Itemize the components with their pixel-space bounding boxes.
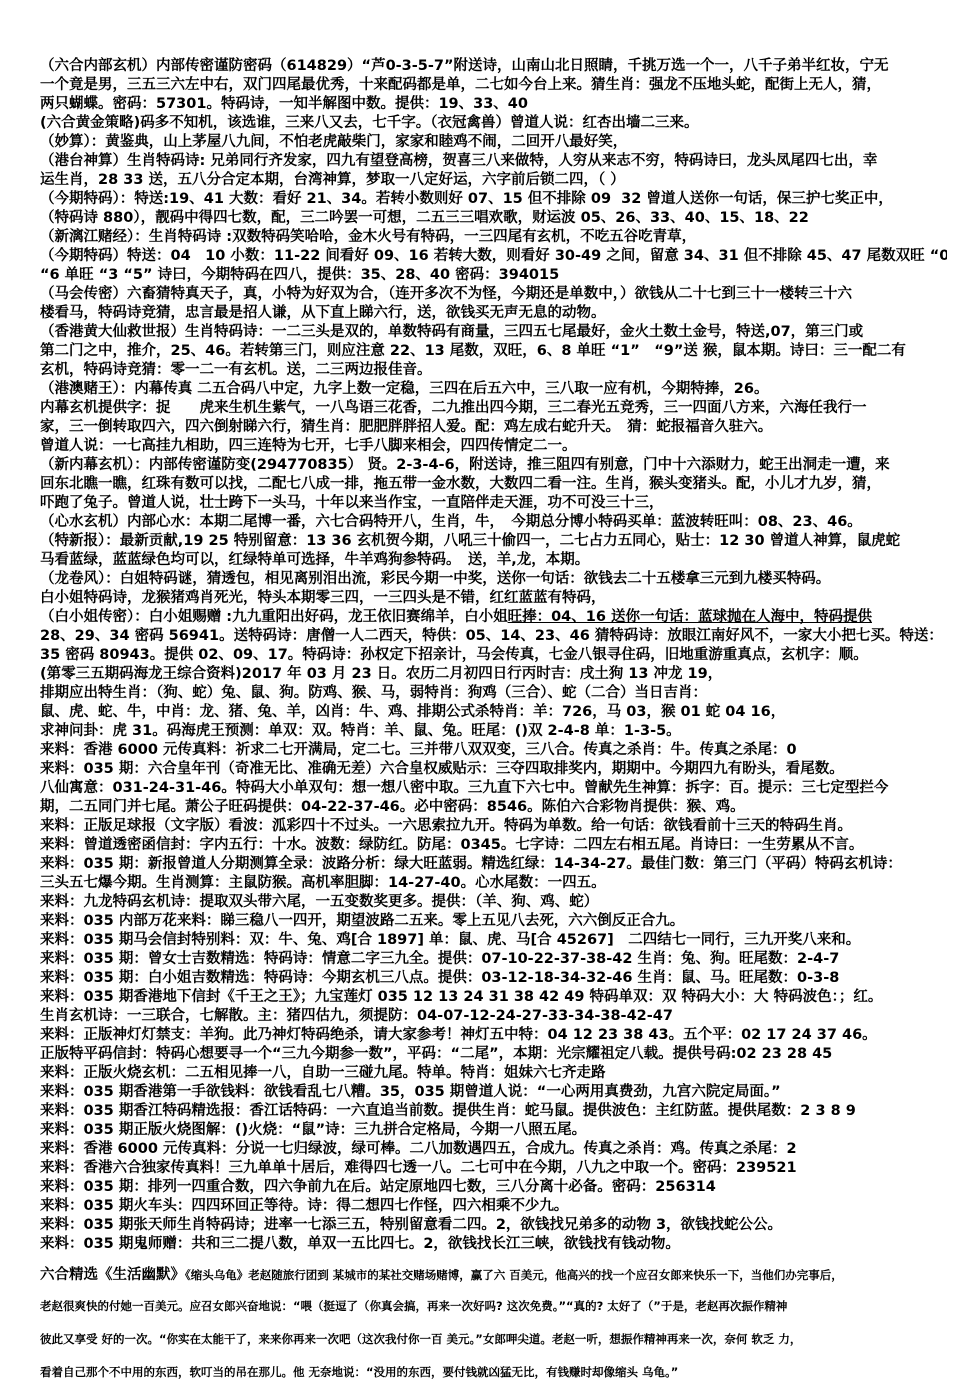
text-line: 家，三一倒转取四六，四六倒射睇六行，猜生肖：肥肥胖胖招人爱。配：鸡左成右蛇升天。…	[40, 418, 947, 437]
text-segment: （港台神算）生肖特码诗: 兄弟同行齐发家，四九有望登高榜，贺喜三八来做特，人穷从…	[40, 153, 877, 169]
text-segment: 来料：035 期鬼师赠：共和三二提八数，单双一五比四七。2，欲钱找长江三峡，欲钱…	[40, 1236, 680, 1252]
text-line: 来料：正版火烧玄机：二五相见捧一八，自助一三碰九尾。特单。特肖：姐妹六七齐走路	[40, 1064, 947, 1083]
text-segment: 来料：香港六合独家传真料！三九单单十居后，难得四七透一八。二七可中在今期，八九之…	[40, 1160, 797, 1176]
text-segment: 内幕玄机提供字：捉 虎来生机生紫气，一八鸟语三花香，二九推出四今期，三二春光五竞…	[40, 400, 867, 416]
text-segment: 来料：曾道透密函信封：字内五行：十水。波数：绿防红。防尾：0345。七字诗：二四…	[40, 837, 863, 853]
text-line: （今期特码）特送：04 10 小数：11-22 间看好 09、16 若转大数，则…	[40, 247, 947, 266]
text-segment: 六合精选《生活幽默》	[40, 1267, 185, 1283]
text-line: 生肖玄机诗：一三联合，七解散。主：猪四估九，须提防：04-07-12-24-27…	[40, 1007, 947, 1026]
text-segment: 来料：正版火烧玄机：二五相见捧一八，自助一三碰九尾。特单。特肖：姐妹六七齐走路	[40, 1065, 606, 1081]
text-segment: 排期应出特生肖：（狗、蛇）兔、鼠、狗。防鸡、猴、马，弱特肖：狗鸡（三合）、蛇（二…	[40, 685, 707, 701]
text-line: 第二门之中，推介，25、46。若转第三门，则应注意 22、13 尾数，双旺，6、…	[40, 342, 947, 361]
text-segment: 来料：九龙特码玄机诗：提取双头带六尾，一五变数奖更多。提供：（羊、狗、鸡、蛇）	[40, 894, 598, 910]
text-line: 楼看马，特码诗竞猜，忠言最是招人谦，从下直上睇六行，送，欲钱买无声无息的动物。	[40, 304, 947, 323]
text-line: （特新报）：最新贡献,19 25 特别留意：13 36 玄机贺今期，八吼三十偷四…	[40, 532, 947, 551]
text-segment: 回东北瞧一瞧，红珠有数可以找，二配七八成一排，拖五带一金水数，大数四二看一注。生…	[40, 476, 881, 492]
text-segment: 曾道人说：一七高挂九相助，四三连特为七开，七手八脚来相会，四四传情定二一。	[40, 438, 577, 454]
text-segment: （新内幕玄机）：内部传密谨防变(294770835） 贤。2-3-4-6，附送诗…	[40, 457, 890, 473]
text-line: 来料：035 期香港第一手欲钱料：欲钱看乱七八糟。35，035 期曾道人说：“一…	[40, 1083, 947, 1102]
text-segment: 来料：035 期张天师生肖特码诗；进率一七添三五，特别留意看二四。2，欲钱找兄弟…	[40, 1217, 782, 1233]
text-segment: 来料：035 期：白小姐吉数精选：特码诗：今期玄机三八点。提供：03-12-18…	[40, 970, 839, 986]
text-line: 内幕玄机提供字：捉 虎来生机生紫气，一八鸟语三花香，二九推出四今期，三二春光五竞…	[40, 399, 947, 418]
text-line: （龙卷风）：白姐特码谜，猜透包，相见离别泪出流，彩民今期一中奖，送你一句话：欲钱…	[40, 570, 947, 589]
text-line: （新漓江赌经）：生肖特码诗 :双数特码笑哈哈，金木火号有特码，一三四尾有玄机，不…	[40, 228, 947, 247]
text-line: 来料：正版神灯灯禁支：羊狗。此乃神灯特码绝杀，请大家参考！神灯五中特：04 12…	[40, 1026, 947, 1045]
text-line: （心水玄机）内部心水：本期二尾博一番，六七合码特开八，生肖，牛， 今期总分博小特…	[40, 513, 947, 532]
text-segment: “6 单旺 “3 “5” 诗曰，今期特码在四八，提供：35、28、40 密码：3…	[40, 267, 559, 283]
text-line: 一个竟是男，三五三六左中右，双门四尾最优秀，十来配码都是单，二七如今台上来。猜生…	[40, 76, 947, 95]
text-segment: 来料：香港 6000 元传真料：祈求二七开满局，定二七。三并带八双双变，三八合。…	[40, 742, 797, 758]
text-segment: （马会传密）六畜猜特真天子，真，小特为好双为合，（连开多次不为怪，今期还是单数中…	[40, 286, 852, 302]
text-line: 来料：035 期：新报曾道人分期测算全录：波路分析：绿大旺蓝弱。精选红绿：14-…	[40, 855, 947, 874]
text-segment: 一个竟是男，三五三六左中右，双门四尾最优秀，十来配码都是单，二七如今台上来。猜生…	[40, 77, 881, 93]
text-line: 正版特平码信封：特码心想要寻一个“三九今期参一数”，平码：“二尾”，本期：光宗耀…	[40, 1045, 947, 1064]
text-segment: （今期特码）特送：04 10 小数：11-22 间看好 09、16 若转大数，则…	[40, 248, 947, 264]
text-line: （白小姐传密）：白小姐赐赠 :九九重阳出好码，龙王依旧赛绵羊，白小姐旺捧：04、…	[40, 608, 947, 627]
text-line: 35 密码 80943。提供 02、09、17。特码诗：孙权定下招亲计，马会传真…	[40, 646, 947, 665]
text-line: 求神问卦：虎 31。码海虎王预测：单双：双。特肖：羊、鼠、兔。旺尾：()双 2-…	[40, 722, 947, 741]
text-segment: 来料：香港 6000 元传真料：分说一七归绿波，绿可棒。二八加数遇四五，合成九。…	[40, 1141, 797, 1157]
text-line: 来料：035 期火车头：四四环回正等待。诗：得二想四七作怪，四六相乘不少九。	[40, 1197, 947, 1216]
text-segment: 来料：正版足球报（文字版）看波：泒彩四十不过头。一六思索拉九开。特码为单数。给一…	[40, 818, 852, 834]
text-line: 看着自己那个不中用的东西，软叮当的吊在那儿。他 无奈地说：“没用的东西，要付钱就…	[40, 1356, 947, 1388]
text-line: 两只蝴蝶。密码：57301。特码诗，一知半解图中数。提供：19、33、40	[40, 95, 947, 114]
text-line: （六合内部玄机）内部传密谨防密码（614829）“芦0-3-5-7”附送诗，山南…	[40, 57, 947, 76]
text-segment: 八仙寓意：031-24-31-46。特码大小单双句：想一想八密中取。三九直下六七…	[40, 780, 888, 796]
text-segment: 期，二五同门并七尾。萧公子旺码提供：04-22-37-46。必中密码：8546。…	[40, 799, 745, 815]
text-segment: 马看蓝绿，蓝蓝绿色均可以，红绿特单可选择，牛羊鸡狗参特码。 送，羊,龙，本期。	[40, 552, 589, 568]
text-line: （香港黄大仙救世报）生肖特码诗：一二三头是双的，单数特码有商量，三四五七尾最好，…	[40, 323, 947, 342]
text-segment: （香港黄大仙救世报）生肖特码诗：一二三头是双的，单数特码有商量，三四五七尾最好，…	[40, 324, 863, 340]
text-segment: 来料：035 内部万花来料：睇三稳八一四开，期望波路二五来。零上五见八去死，六六…	[40, 913, 684, 929]
text-segment: 来料：035 期马会信封特别料：双：牛、兔、鸡[合 1897] 单：鼠、虎、马[…	[40, 932, 860, 948]
text-line: “6 单旺 “3 “5” 诗曰，今期特码在四八，提供：35、28、40 密码：3…	[40, 266, 947, 285]
text-line: 来料：九龙特码玄机诗：提取双头带六尾，一五变数奖更多。提供：（羊、狗、鸡、蛇）	[40, 893, 947, 912]
text-segment: 来料：正版神灯灯禁支：羊狗。此乃神灯特码绝杀，请大家参考！神灯五中特：04 12…	[40, 1027, 877, 1043]
text-line: 来料：香港 6000 元传真料：祈求二七开满局，定二七。三并带八双双变，三八合。…	[40, 741, 947, 760]
text-line: （今期特码）：特送:19、41 大数：看好 21、34。若转小数则好 07、15…	[40, 190, 947, 209]
text-segment: （龙卷风）：白姐特码谜，猜透包，相见离别泪出流，彩民今期一中奖，送你一句话：欲钱…	[40, 571, 830, 587]
text-line: 回东北瞧一瞧，红珠有数可以找，二配七八成一排，拖五带一金水数，大数四二看一注。生…	[40, 475, 947, 494]
text-line: 八仙寓意：031-24-31-46。特码大小单双句：想一想八密中取。三九直下六七…	[40, 779, 947, 798]
text-line: 来料：035 内部万花来料：睇三稳八一四开，期望波路二五来。零上五见八去死，六六…	[40, 912, 947, 931]
text-segment: 旺捧：04、16 送你一句话：蓝球抛在人海中，特码提供	[508, 609, 872, 625]
text-segment: （特新报）：最新贡献,19 25 特别留意：13 36 玄机贺今期，八吼三十偷四…	[40, 533, 900, 549]
text-line: （港台神算）生肖特码诗: 兄弟同行齐发家，四九有望登高榜，贺喜三八来做特，人穷从…	[40, 152, 947, 171]
text-line: 彼此又享受 好的一次。“你实在太能干了，来来你再来一次吧（这次我付你一百 美元。…	[40, 1323, 947, 1356]
text-line: 期，二五同门并七尾。萧公子旺码提供：04-22-37-46。必中密码：8546。…	[40, 798, 947, 817]
text-segment: 来料：035 期：曾女士吉数精选：特码诗：情意二字三九全。提供：07-10-22…	[40, 951, 839, 967]
text-segment: 35 密码 80943。提供 02、09、17。特码诗：孙权定下招亲计，马会传真…	[40, 647, 868, 663]
text-segment: （特码诗 880），靓码中得四七数，配，三二吟罢一可想，二五三三唱欢歌，财运波 …	[40, 210, 809, 226]
document-body: （六合内部玄机）内部传密谨防密码（614829）“芦0-3-5-7”附送诗，山南…	[0, 0, 967, 1388]
text-line: 玄机，特码诗竞猜：零一二一有玄机。送，二三两边报佳音。	[40, 361, 947, 380]
text-segment: 来料：035 期：排列一四重合数，四六争前九在后。站定原地四七数，三八分离十必备…	[40, 1179, 716, 1195]
text-line: 排期应出特生肖：（狗、蛇）兔、鼠、狗。防鸡、猴、马，弱特肖：狗鸡（三合）、蛇（二…	[40, 684, 947, 703]
text-segment: 玄机，特码诗竞猜：零一二一有玄机。送，二三两边报佳音。	[40, 362, 432, 378]
text-segment: （新漓江赌经）：生肖特码诗 :双数特码笑哈哈，金木火号有特码，一三四尾有玄机，不…	[40, 229, 696, 245]
text-line: 来料：035 期：白小姐吉数精选：特码诗：今期玄机三八点。提供：03-12-18…	[40, 969, 947, 988]
text-segment: 来料：035 期香港第一手欲钱料：欲钱看乱七八糟。35，035 期曾道人说：“一…	[40, 1084, 781, 1100]
text-line: 白小姐特码诗，龙猴猪鸡肖死光，特头本期零三四，一三四头是不错，红红蓝蓝有特码，	[40, 589, 947, 608]
text-segment: (第零三五期码海龙王综合资料)2017 年 03 月 23 日。农历二月初四日行…	[40, 666, 722, 682]
text-segment: 来料：035 期：六合皇年刊（奇准无比、准确无差）六合皇权威贴示：三夺四取排奖内…	[40, 761, 844, 777]
text-line: 来料：香港六合独家传真料！三九单单十居后，难得四七透一八。二七可中在今期，八九之…	[40, 1159, 947, 1178]
text-line: 来料：035 期香江特码精选报：香江话特码：一六直追当前数。提供生肖：蛇马鼠。提…	[40, 1102, 947, 1121]
text-segment: （六合内部玄机）内部传密谨防密码（614829）“芦0-3-5-7”附送诗，山南…	[40, 58, 889, 74]
text-line: （港澳赌王）：内幕传真 二五合码八中定，九字上数一定稳，三四在后五六中，三八取一…	[40, 380, 947, 399]
text-line: 运生肖，28 33 送，五八分合定本期，台湾神算，梦取一八定好运，六字前后锁二四…	[40, 171, 947, 190]
text-segment: 生肖玄机诗：一三联合，七解散。主：猪四估九，须提防：04-07-12-24-27…	[40, 1008, 673, 1024]
text-segment: 第二门之中，推介，25、46。若转第三门，则应注意 22、13 尾数，双旺，6、…	[40, 343, 906, 359]
text-segment: 彼此又享受 好的一次。“你实在太能干了，来来你再来一次吧（这次我付你一百 美元。…	[40, 1332, 801, 1346]
text-segment: （港澳赌王）：内幕传真 二五合码八中定，九字上数一定稳，三四在后五六中，三八取一…	[40, 381, 768, 397]
text-segment: 来料：035 期正版火烧图解：()火烧：“鼠”诗：三九拼合定格局，今期一八照五尾…	[40, 1122, 586, 1138]
text-line: 来料：035 期正版火烧图解：()火烧：“鼠”诗：三九拼合定格局，今期一八照五尾…	[40, 1121, 947, 1140]
text-segment: 28、29、34 密码 56941。送特码诗：唐僧一人二西天，特供：05、14、…	[40, 628, 943, 644]
text-line: 曾道人说：一七高挂九相助，四三连特为七开，七手八脚来相会，四四传情定二一。	[40, 437, 947, 456]
text-line: 来料：035 期：排列一四重合数，四六争前九在后。站定原地四七数，三八分离十必备…	[40, 1178, 947, 1197]
text-line: 来料：香港 6000 元传真料：分说一七归绿波，绿可棒。二八加数遇四五，合成九。…	[40, 1140, 947, 1159]
text-segment: （今期特码）：特送:19、41 大数：看好 21、34。若转小数则好 07、15…	[40, 191, 893, 207]
text-segment: 白小姐特码诗，龙猴猪鸡肖死光，特头本期零三四，一三四头是不错，红红蓝蓝有特码，	[40, 590, 606, 606]
text-line: 来料：035 期：曾女士吉数精选：特码诗：情意二字三九全。提供：07-10-22…	[40, 950, 947, 969]
text-segment: 楼看马，特码诗竞猜，忠言最是招人谦，从下直上睇六行，送，欲钱买无声无息的动物。	[40, 305, 606, 321]
text-segment: 运生肖，28 33 送，五八分合定本期，台湾神算，梦取一八定好运，六字前后锁二四…	[40, 172, 625, 188]
text-segment: 看着自己那个不中用的东西，软叮当的吊在那儿。他 无奈地说：“没用的东西，要付钱就…	[40, 1365, 678, 1379]
text-line: 六合精选《生活幽默》《缩头乌龟》老赵随旅行团到 某城市的某社交赌场赌博，赢了六 …	[40, 1254, 947, 1290]
text-line: 来料：035 期张天师生肖特码诗；进率一七添三五，特别留意看二四。2，欲钱找兄弟…	[40, 1216, 947, 1235]
text-segment: （妙算）：黄鉴典，山上茅屋八九间，不怕老虎敲柴门，家家和睦鸡不闹，二回开八最好笑…	[40, 134, 627, 150]
text-line: 来料：曾道透密函信封：字内五行：十水。波数：绿防红。防尾：0345。七字诗：二四…	[40, 836, 947, 855]
text-segment: 老赵很爽快的付她一百美元。应召女郎兴奋地说：“喂（挺逗了（你真会搞，再来一次好吗…	[40, 1299, 787, 1313]
text-segment: 正版特平码信封：特码心想要寻一个“三九今期参一数”，平码：“二尾”，本期：光宗耀…	[40, 1046, 832, 1062]
text-line: 马看蓝绿，蓝蓝绿色均可以，红绿特单可选择，牛羊鸡狗参特码。 送，羊,龙，本期。	[40, 551, 947, 570]
text-segment: 两只蝴蝶。密码：57301。特码诗，一知半解图中数。提供：19、33、40	[40, 96, 528, 112]
text-segment: 家，三一倒转取四六，四六倒射睇六行，猜生肖：肥肥胖胖招人爱。配：鸡左成右蛇升天。…	[40, 419, 772, 435]
text-segment: 吓跑了兔子。曾道人说，壮士跨下一头马，十年以来当作宝，一直陪伴走天涯，功不可没三…	[40, 495, 664, 511]
text-line: 28、29、34 密码 56941。送特码诗：唐僧一人二西天，特供：05、14、…	[40, 627, 947, 646]
text-line: 鼠、虎、蛇、牛，中肖：龙、猪、兔、羊，凶肖：牛、鸡、排期公式杀特肖：羊：726，…	[40, 703, 947, 722]
text-segment: （白小姐传密）：白小姐赐赠 :九九重阳出好码，龙王依旧赛绵羊，白小姐	[40, 609, 508, 625]
text-line: （新内幕玄机）：内部传密谨防变(294770835） 贤。2-3-4-6，附送诗…	[40, 456, 947, 475]
text-segment: (六合黄金策略)码多不知机，该选谁，三来八又去，七千字。（衣冠禽兽）曾道人说：红…	[40, 115, 699, 131]
text-segment: 鼠、虎、蛇、牛，中肖：龙、猪、兔、羊，凶肖：牛、鸡、排期公式杀特肖：羊：726，…	[40, 704, 785, 720]
text-line: (六合黄金策略)码多不知机，该选谁，三来八又去，七千字。（衣冠禽兽）曾道人说：红…	[40, 114, 947, 133]
text-line: 吓跑了兔子。曾道人说，壮士跨下一头马，十年以来当作宝，一直陪伴走天涯，功不可没三…	[40, 494, 947, 513]
text-line: 老赵很爽快的付她一百美元。应召女郎兴奋地说：“喂（挺逗了（你真会搞，再来一次好吗…	[40, 1290, 947, 1323]
text-segment: 来料：035 期香江特码精选报：香江话特码：一六直追当前数。提供生肖：蛇马鼠。提…	[40, 1103, 856, 1119]
text-line: 来料：035 期鬼师赠：共和三二提八数，单双一五比四七。2，欲钱找长江三峡，欲钱…	[40, 1235, 947, 1254]
text-line: （特码诗 880），靓码中得四七数，配，三二吟罢一可想，二五三三唱欢歌，财运波 …	[40, 209, 947, 228]
text-segment: 《缩头乌龟》老赵随旅行团到 某城市的某社交赌场赌博，赢了六 百美元，他高兴的找一…	[185, 1268, 843, 1282]
page: （六合内部玄机）内部传密谨防密码（614829）“芦0-3-5-7”附送诗，山南…	[0, 0, 967, 1388]
text-line: （马会传密）六畜猜特真天子，真，小特为好双为合，（连开多次不为怪，今期还是单数中…	[40, 285, 947, 304]
text-segment: 三头五七爆今期。生肖测算：主鼠防猴。高机率胆脚：14-27-40。心水尾数：一四…	[40, 875, 606, 891]
text-line: 来料：正版足球报（文字版）看波：泒彩四十不过头。一六思索拉九开。特码为单数。给一…	[40, 817, 947, 836]
text-line: 来料：035 期香港地下信封《千王之王》；九宝莲灯 035 12 13 24 3…	[40, 988, 947, 1007]
text-segment: （心水玄机）内部心水：本期二尾博一番，六七合码特开八，生肖，牛， 今期总分博小特…	[40, 514, 862, 530]
text-segment: 来料：035 期：新报曾道人分期测算全录：波路分析：绿大旺蓝弱。精选红绿：14-…	[40, 856, 902, 872]
text-segment: 来料：035 期火车头：四四环回正等待。诗：得二想四七作怪，四六相乘不少九。	[40, 1198, 568, 1214]
text-line: 来料：035 期：六合皇年刊（奇准无比、准确无差）六合皇权威贴示：三夺四取排奖内…	[40, 760, 947, 779]
text-line: （妙算）：黄鉴典，山上茅屋八九间，不怕老虎敲柴门，家家和睦鸡不闹，二回开八最好笑…	[40, 133, 947, 152]
text-segment: 来料：035 期香港地下信封《千王之王》；九宝莲灯 035 12 13 24 3…	[40, 989, 882, 1005]
text-line: (第零三五期码海龙王综合资料)2017 年 03 月 23 日。农历二月初四日行…	[40, 665, 947, 684]
text-line: 三头五七爆今期。生肖测算：主鼠防猴。高机率胆脚：14-27-40。心水尾数：一四…	[40, 874, 947, 893]
text-line: 来料：035 期马会信封特别料：双：牛、兔、鸡[合 1897] 单：鼠、虎、马[…	[40, 931, 947, 950]
text-segment: 求神问卦：虎 31。码海虎王预测：单双：双。特肖：羊、鼠、兔。旺尾：()双 2-…	[40, 723, 681, 739]
